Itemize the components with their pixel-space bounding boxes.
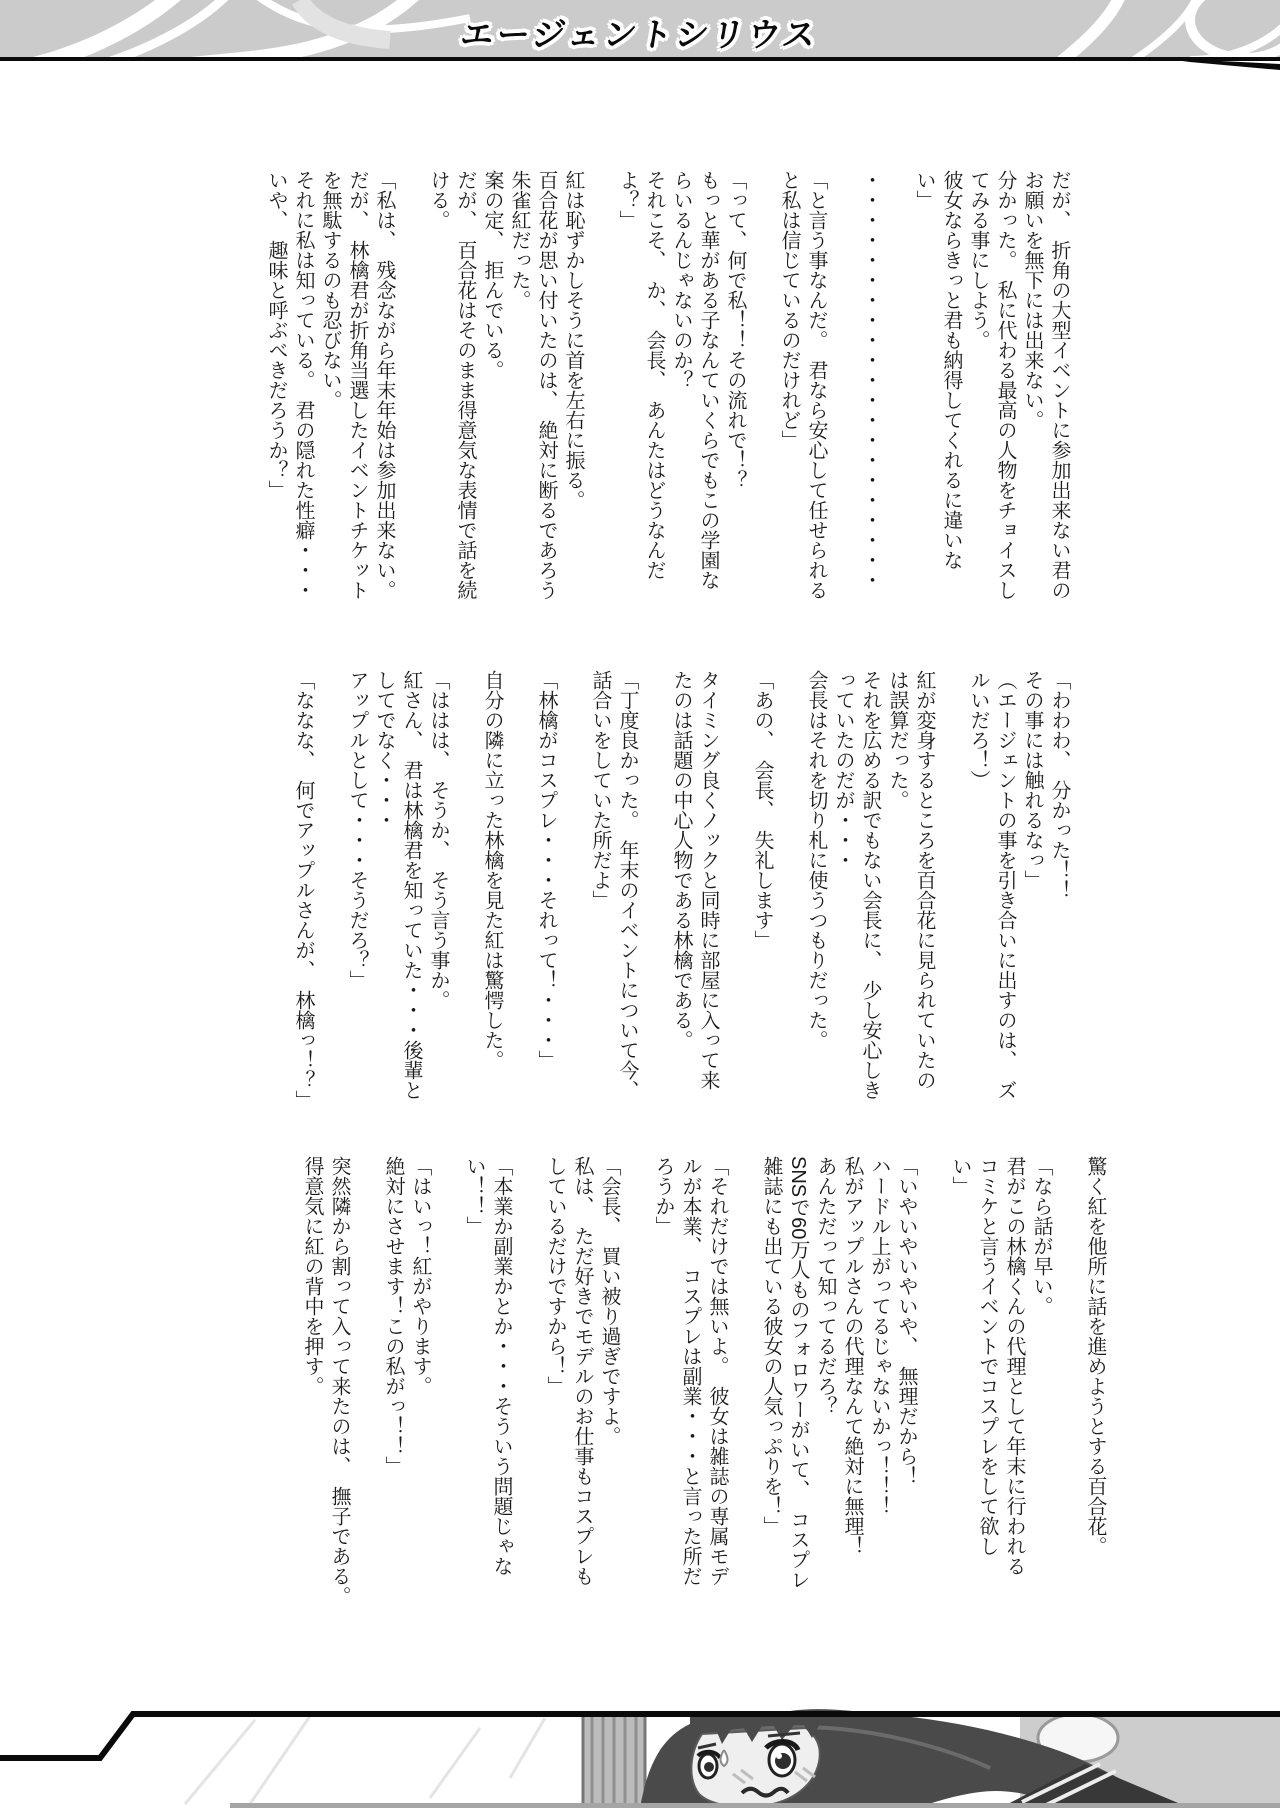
text-column: 得意気に紅の背中を押す。: [298, 1156, 325, 1622]
column-gap: [775, 670, 802, 1136]
text-column: 分かった。 私に代わる最高の人物をチョイスし: [991, 170, 1018, 636]
text-column: い」: [910, 170, 937, 636]
text-column: だが、 折角の大型イベントに参加出来ない君の: [1045, 170, 1072, 636]
column-gap: [721, 670, 748, 1136]
text-column: 紅が変身するところを百合花に見られていたの: [910, 670, 937, 1136]
text-column: 「林檎がコスプレ・・・それって！・・・」: [532, 670, 559, 1136]
column-gap: [829, 170, 856, 636]
text-column: 「いやいやいやいや、 無理だから！: [892, 1156, 919, 1622]
text-column: 私がアップルさんの代理なんて絶対に無理！: [838, 1156, 865, 1622]
text-column: （エージェントの事を引き合いに出すのは、 ズ: [991, 670, 1018, 1136]
text-column: 突然隣から割って入って来たのは、 撫子である。: [325, 1156, 352, 1622]
column-gap: [1054, 1156, 1081, 1622]
column-gap: [937, 670, 964, 1136]
text-column: 自分の隣に立った林檎を見た紅は驚愕した。: [478, 670, 505, 1136]
text-column: 案の定、 拒んでいる。: [478, 170, 505, 636]
text-column: 紅は恥ずかしそうに首を左右に振る。: [559, 170, 586, 636]
bottom-panel-edge: [230, 1803, 1280, 1808]
page-title: エージェントシリウス: [457, 9, 822, 56]
text-column: 「ななな、 何でアップルさんが、 林檎っ！？」: [289, 670, 316, 1136]
text-column: 君がこの林檎くんの代理として年末に行われる: [1000, 1156, 1027, 1622]
text-column: 「丁度良かった。 年末のイベントについて今、: [613, 670, 640, 1136]
text-column: 話合いをしていた所だよ」: [586, 670, 613, 1136]
story-band-1: だが、 折角の大型イベントに参加出来ない君のお願いを無下には出来ない。分かった。…: [262, 170, 1072, 640]
text-column: してでなく・・・: [370, 670, 397, 1136]
text-column: 雑誌にも出ている彼女の人気っぷりを！」: [757, 1156, 784, 1622]
text-column: SNSで60万人ものフォロワーがいて、 コスプレ: [784, 1156, 811, 1622]
text-column: てみる事にしよう。: [964, 170, 991, 636]
column-gap: [622, 1156, 649, 1622]
text-column: もっと華がある子なんていくらでもこの学園な: [694, 170, 721, 636]
text-column: 「って、何で私！！その流れで！？: [721, 170, 748, 636]
text-column: ・・・・・・・・・・・・・・・・・・・・・: [856, 170, 883, 636]
side-hair-strand: [583, 1716, 645, 1808]
column-gap: [451, 670, 478, 1136]
text-column: それに私は知っている。 君の隠れた性癖・・・: [289, 170, 316, 636]
text-column: あんただって知ってるだろ？: [811, 1156, 838, 1622]
text-column: よ？」: [613, 170, 640, 636]
column-gap: [919, 1156, 946, 1622]
text-column: を無駄するのも忍びない。: [316, 170, 343, 636]
text-column: それこそ、 か、 会長、 あんたはどうなんだ: [640, 170, 667, 636]
text-column: しているだけですから！」: [541, 1156, 568, 1622]
text-column: 「会長、 買い被り過ぎですよ。: [595, 1156, 622, 1622]
column-gap: [640, 670, 667, 1136]
text-column: いや、 趣味と呼ぶべきだろうか？」: [262, 170, 289, 636]
column-gap: [505, 670, 532, 1136]
text-column: 百合花が思い付いたのは、 絶対に断るであろう: [532, 170, 559, 636]
text-column: 朱雀紅だった。: [505, 170, 532, 636]
column-gap: [559, 670, 586, 1136]
text-column: だが、 林檎君が折角当選したイベントチケット: [343, 170, 370, 636]
text-column: っていたのだが・・・: [829, 670, 856, 1136]
text-column: コミケと言うイベントでコスプレをして欲し: [973, 1156, 1000, 1622]
text-column: その事には触れるなっ」: [1018, 670, 1045, 1136]
text-column: タイミング良くノックと同時に部屋に入って来: [694, 670, 721, 1136]
text-column: らいるんじゃないのか？: [667, 170, 694, 636]
text-column: 「ははは、 そうか、 そう言う事か。: [424, 670, 451, 1136]
text-column: お願いを無下には出来ない。: [1018, 170, 1045, 636]
text-column: ける。: [424, 170, 451, 636]
text-column: 「わわわ、 分かった！！: [1045, 670, 1072, 1136]
text-column: い！！」: [460, 1156, 487, 1622]
column-gap: [586, 170, 613, 636]
column-gap: [748, 170, 775, 636]
column-gap: [514, 1156, 541, 1622]
text-column: アップルとして・・・そうだろ？」: [343, 670, 370, 1136]
text-column: 絶対にさせます！この私がっ！！」: [379, 1156, 406, 1622]
text-column: 「なら話が早い。: [1027, 1156, 1054, 1622]
header-divider: [0, 57, 1280, 61]
character-illustration: [0, 1708, 1280, 1808]
text-column: 「それだけでは無いよ。 彼女は雑誌の専属モデ: [703, 1156, 730, 1622]
text-column: それを広める訳でもない会長に、 少し安心しき: [856, 670, 883, 1136]
text-column: 「本業か副業かとか・・・そういう問題じゃな: [487, 1156, 514, 1622]
header-banner: エージェントシリウス: [0, 0, 1280, 72]
text-column: 彼女ならきっと君も納得してくれるに違いな: [937, 170, 964, 636]
right-eye: [766, 1741, 798, 1776]
text-column: ルが本業、 コスプレは副業・・・と言った所だ: [676, 1156, 703, 1622]
text-column: い」: [946, 1156, 973, 1622]
column-gap: [433, 1156, 460, 1622]
text-column: ハードル上がってるじゃないかっ！！！: [865, 1156, 892, 1622]
column-gap: [352, 1156, 379, 1622]
text-column: 「あの、 会長、 失礼します」: [748, 670, 775, 1136]
footer-illustration: [0, 1708, 1280, 1808]
text-column: 「私は、 残念ながら年末年始は参加出来ない。: [370, 170, 397, 636]
text-column: 紅さん、 君は林檎君を知っていた・・・後輩と: [397, 670, 424, 1136]
column-gap: [730, 1156, 757, 1622]
story-band-3: 驚く紅を他所に話を進めようとする百合花。「なら話が早い。君がこの林檎くんの代理と…: [298, 1156, 1108, 1626]
text-column: ろうか」: [649, 1156, 676, 1622]
text-column: と私は信じているのだけれど」: [775, 170, 802, 636]
text-column: 「はいっ！紅がやります。: [406, 1156, 433, 1622]
text-column: だが、 百合花はそのまま得意気な表情で話を続: [451, 170, 478, 636]
text-column: 驚く紅を他所に話を進めようとする百合花。: [1081, 1156, 1108, 1622]
text-column: ルいだろ！）: [964, 670, 991, 1136]
text-column: 「と言う事なんだ。 君なら安心して任せられる: [802, 170, 829, 636]
column-gap: [397, 170, 424, 636]
text-column: たのは話題の中心人物である林檎である。: [667, 670, 694, 1136]
column-gap: [316, 670, 343, 1136]
text-column: 会長はそれを切り札に使うつもりだった。: [802, 670, 829, 1136]
text-column: 私は、 ただ好きでモデルのお仕事もコスプレも: [568, 1156, 595, 1622]
doujin-page: エージェントシリウス だが、 折角の大型イベントに参加出来ない君のお願いを無下に…: [0, 0, 1280, 1808]
text-column: は誤算だった。: [883, 670, 910, 1136]
story-band-2: 「わわわ、 分かった！！その事には触れるなっ」（エージェントの事を引き合いに出す…: [289, 670, 1072, 1140]
column-gap: [883, 170, 910, 636]
sweat-drop: [721, 1750, 728, 1766]
